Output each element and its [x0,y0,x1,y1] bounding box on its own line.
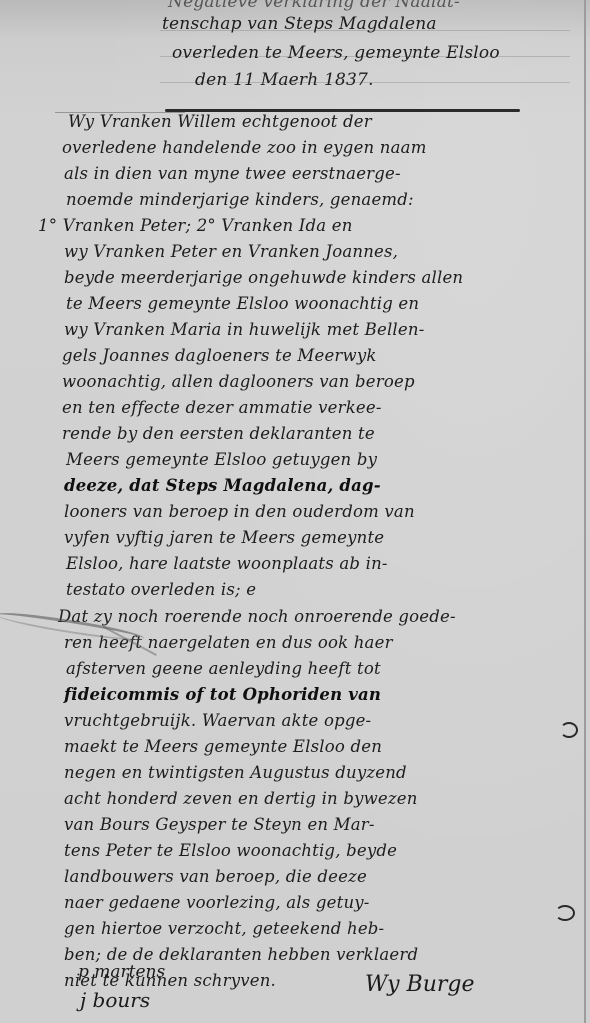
heading-line-3: overleden te Meers, gemeynte Elsloo [172,43,500,63]
body-line: acht honderd zeven en dertig in bywezen [64,789,418,808]
page-edge-line [584,0,586,1023]
flourish-ornament [560,722,578,738]
body-line: looners van beroep in den ouderdom van [64,502,415,521]
body-line: woonachtig, allen daglooners van beroep [62,372,415,391]
signature-burgemeester: Wy Burge [365,972,475,997]
body-line: Meers gemeynte Elsloo getuygen by [66,450,377,469]
signature-martens: p martens [78,962,165,982]
body-line: afsterven geene aenleyding heeft tot [66,659,381,678]
body-line: Wy Vranken Willem echtgenoot der [68,112,372,131]
heading-line-4: den 11 Maerh 1837. [195,70,374,90]
body-line: en ten effecte dezer ammatie verkee- [62,398,382,417]
body-line-deceased-name: deeze, dat Steps Magdalena, dag- [64,476,381,495]
body-line: negen en twintigsten Augustus duyzend [64,763,407,782]
body-line: landbouwers van beroep, die deeze [64,867,367,886]
body-line: als in dien van myne twee eerstnaerge- [64,164,401,183]
body-line: 1° Vranken Peter; 2° Vranken Ida en [38,216,353,235]
body-line: maekt te Meers gemeynte Elsloo den [64,737,382,756]
flourish-ornament [555,905,575,921]
body-line: fideicommis of tot Ophoriden van [64,685,381,704]
body-line: vyfen vyftig jaren te Meers gemeynte [64,528,384,547]
signature-bours: j bours [80,988,150,1012]
body-line: Elsloo, hare laatste woonplaats ab in- [66,554,388,573]
body-line: Dat zy noch roerende noch onroerende goe… [58,607,456,626]
document-page: Negatieve verklaring der Naalat- tenscha… [0,0,590,1023]
body-line: wy Vranken Peter en Vranken Joannes, [64,242,398,261]
body-line: testato overleden is; e [66,580,256,599]
body-line: te Meers gemeynte Elsloo woonachtig en [66,294,419,313]
body-line: van Bours Geysper te Steyn en Mar- [64,815,375,834]
body-line: wy Vranken Maria in huwelijk met Bellen- [64,320,424,339]
body-line: rende by den eersten deklaranten te [62,424,375,443]
body-line: overledene handelende zoo in eygen naam [62,138,427,157]
body-line: naer gedaene voorlezing, als getuy- [64,893,370,912]
body-line: vruchtgebruijk. Waervan akte opge- [64,711,371,730]
heading-line-2: tenschap van Steps Magdalena [162,14,437,34]
body-line: beyde meerderjarige ongehuwde kinders al… [64,268,463,287]
heading-line-1: Negatieve verklaring der Naalat- [168,0,460,12]
heading-line-2-text: tenschap van Steps Magdalena [162,14,437,34]
body-line: tens Peter te Elsloo woonachtig, beyde [64,841,397,860]
body-line: gen hiertoe verzocht, geteekend heb- [64,919,384,938]
body-line: gels Joannes dagloeners te Meerwyk [62,346,377,365]
body-line: noemde minderjarige kinders, genaemd: [66,190,414,209]
